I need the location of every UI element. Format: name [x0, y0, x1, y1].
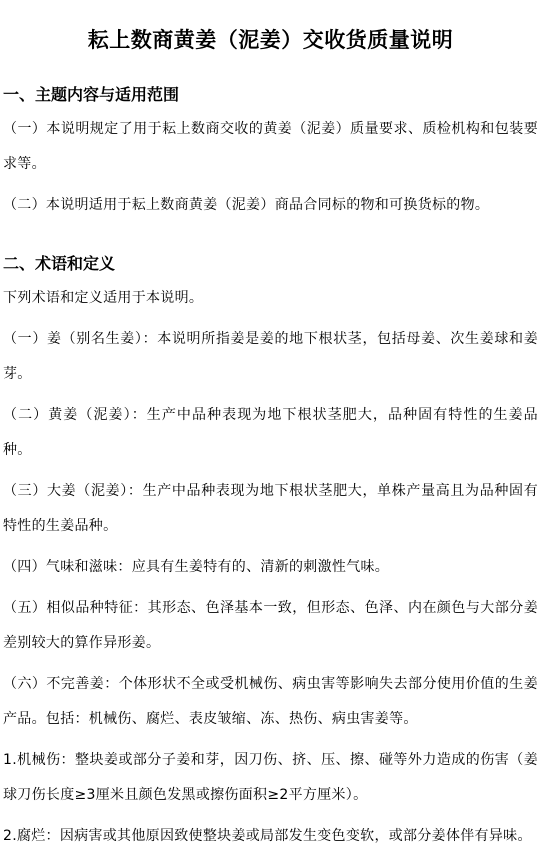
- paragraph: （二）本说明适用于耘上数商黄姜（泥姜）商品合同标的物和可换货标的物。: [3, 188, 538, 223]
- document-title: 耘上数商黄姜（泥姜）交收货质量说明: [3, 26, 538, 54]
- paragraph: 1.机械伤：整块姜或部分子姜和芽，因刀伤、挤、压、擦、碰等外力造成的伤害（姜球刀…: [3, 743, 538, 813]
- paragraph: 2.腐烂：因病害或其他原因致使整块姜或局部发生变色变软，或部分姜体伴有异味。: [3, 819, 538, 848]
- paragraph: （六）不完善姜：个体形状不全或受机械伤、病虫害等影响失去部分使用价值的生姜产品。…: [3, 667, 538, 737]
- document-page: 耘上数商黄姜（泥姜）交收货质量说明 一、主题内容与适用范围（一）本说明规定了用于…: [0, 0, 541, 848]
- paragraph: （三）大姜（泥姜）：生产中品种表现为地下根状茎肥大，单株产量高且为品种固有特性的…: [3, 474, 538, 544]
- paragraph: （一）本说明规定了用于耘上数商交收的黄姜（泥姜）质量要求、质检机构和包装要求等。: [3, 112, 538, 182]
- paragraph: （四）气味和滋味：应具有生姜特有的、清新的刺激性气味。: [3, 550, 538, 585]
- section-heading: 一、主题内容与适用范围: [3, 84, 538, 106]
- paragraph: （二）黄姜（泥姜）：生产中品种表现为地下根状茎肥大，品种固有特性的生姜品种。: [3, 398, 538, 468]
- document-body: 一、主题内容与适用范围（一）本说明规定了用于耘上数商交收的黄姜（泥姜）质量要求、…: [3, 84, 538, 848]
- paragraph: （五）相似品种特征：其形态、色泽基本一致，但形态、色泽、内在颜色与大部分姜差别较…: [3, 591, 538, 661]
- paragraph: （一）姜（别名生姜）：本说明所指姜是姜的地下根状茎，包括母姜、次生姜球和姜芽。: [3, 322, 538, 392]
- paragraph: 下列术语和定义适用于本说明。: [3, 281, 538, 316]
- section-heading: 二、术语和定义: [3, 253, 538, 275]
